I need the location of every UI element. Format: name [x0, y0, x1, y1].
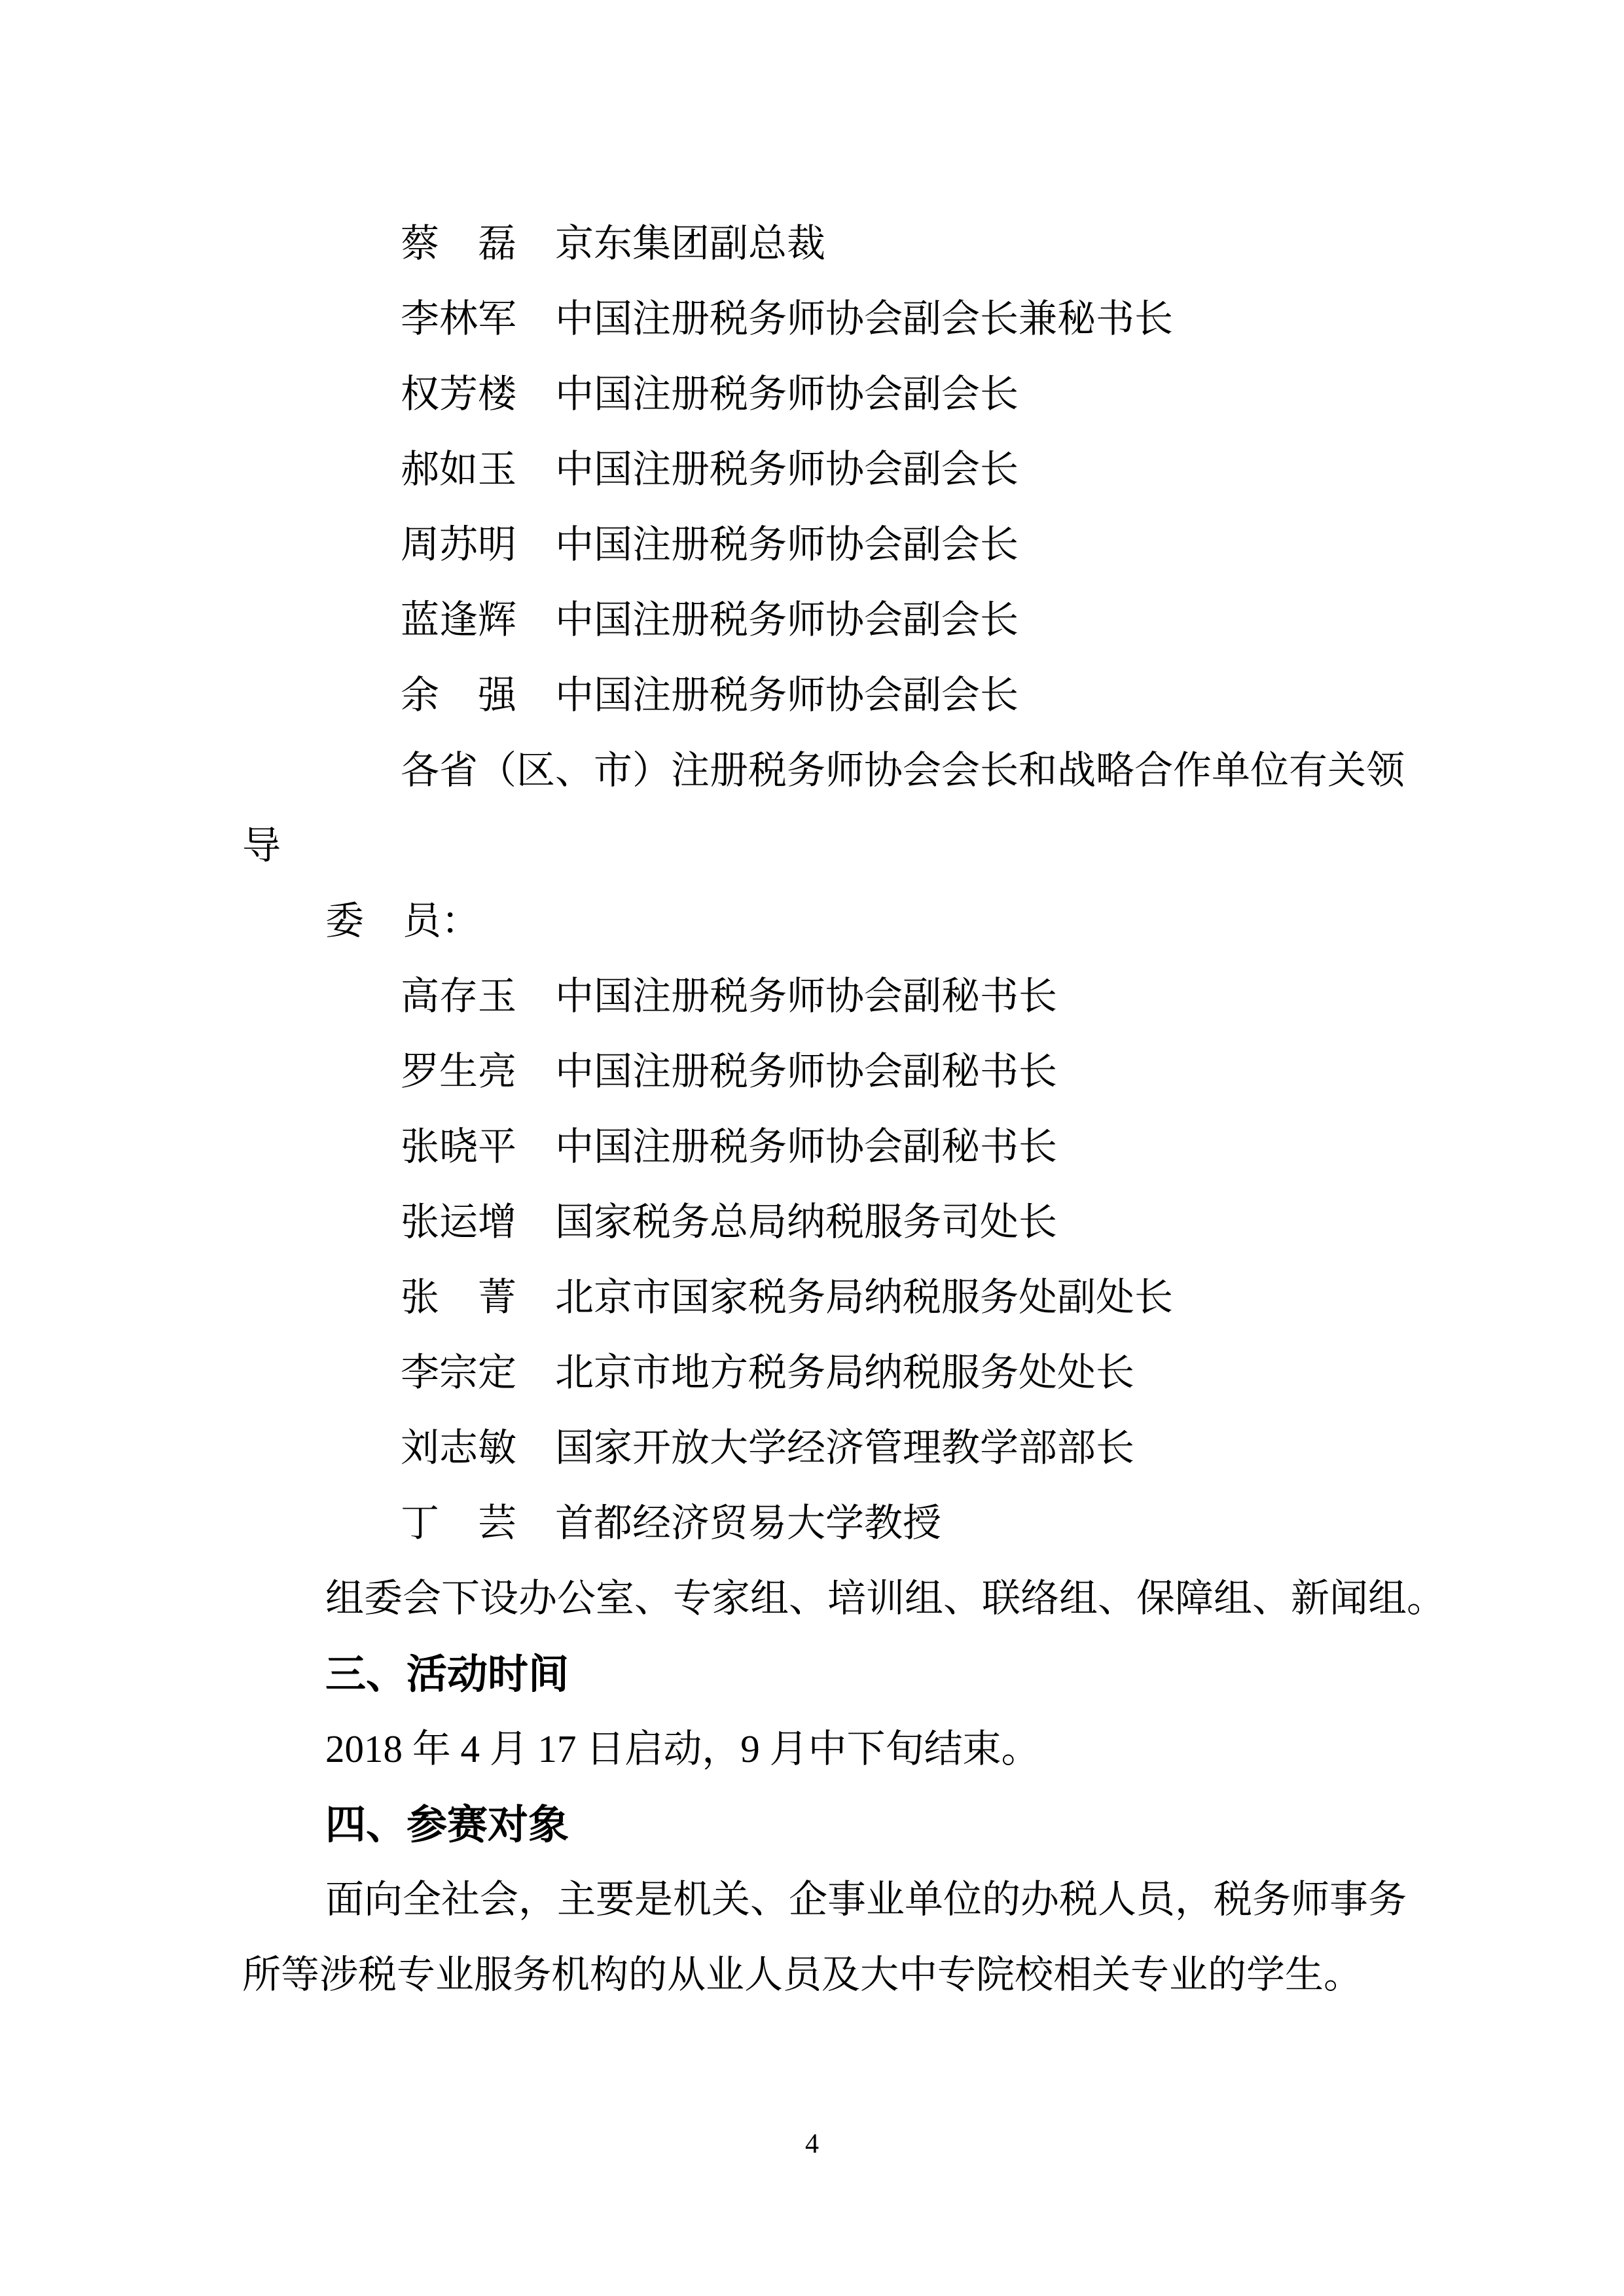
- roster-row: 郝如玉 中国注册税务师协会副会长: [0, 450, 1624, 496]
- member-title: 中国注册税务师协会副秘书长: [555, 977, 1057, 1016]
- paragraph-text: 组委会下设办公室、专家组、培训组、联络组、保障组、新闻组。: [325, 1579, 1445, 1618]
- members-label: 委 员：: [325, 902, 480, 941]
- provincial-leaders-line: 各省（区、市）注册税务师协会会长和战略合作单位有关领: [0, 751, 1624, 797]
- member-title: 中国注册税务师协会副会长: [555, 526, 1019, 564]
- roster-row: 李宗定 北京市地方税务局纳税服务处处长: [0, 1354, 1624, 1399]
- paragraph-text: 2018 年 4 月 17 日启动，9 月中下旬结束。: [325, 1730, 1040, 1768]
- roster-row: 权芳楼 中国注册税务师协会副会长: [0, 375, 1624, 421]
- roster-row: 张 菁 北京市国家税务局纳税服务处副处长: [0, 1278, 1624, 1324]
- provincial-leaders-wrap: 导: [0, 827, 1624, 872]
- member-title: 中国注册税务师协会副会长: [555, 601, 1019, 639]
- member-title: 国家开放大学经济管理教学部部长: [555, 1429, 1134, 1467]
- roster-row: 蓝逢辉 中国注册税务师协会副会长: [0, 601, 1624, 647]
- section-heading-time: 三、活动时间: [0, 1655, 1624, 1700]
- roster-row: 周苏明 中国注册税务师协会副会长: [0, 526, 1624, 571]
- member-title: 中国注册税务师协会副会长兼秘书长: [555, 300, 1173, 338]
- roster-row: 丁 芸 首都经济贸易大学教授: [0, 1504, 1624, 1550]
- roster-row: 罗生亮 中国注册税务师协会副秘书长: [0, 1052, 1624, 1098]
- member-title: 中国注册税务师协会副会长: [555, 450, 1019, 489]
- member-name: 周苏明: [401, 526, 516, 564]
- paragraph-text: 面向全社会，主要是机关、企事业单位的办税人员，税务师事务: [325, 1880, 1407, 1919]
- paragraph-text: 所等涉税专业服务机构的从业人员及大中专院校相关专业的学生。: [242, 1956, 1362, 1994]
- roster-row: 余 强 中国注册税务师协会副会长: [0, 676, 1624, 722]
- paragraph-text: 各省（区、市）注册税务师协会会长和战略合作单位有关领: [401, 751, 1405, 790]
- section-heading-participants: 四、参赛对象: [0, 1805, 1624, 1851]
- page-number: 4: [0, 2130, 1624, 2158]
- paragraph-text: 导: [242, 827, 281, 865]
- roster-row: 张运增 国家税务总局纳税服务司处长: [0, 1203, 1624, 1249]
- member-name: 余 强: [401, 676, 516, 715]
- member-title: 首都经济贸易大学教授: [555, 1504, 941, 1543]
- member-name: 刘志敏: [401, 1429, 516, 1467]
- member-title: 中国注册税务师协会副会长: [555, 676, 1019, 715]
- roster-row: 蔡 磊 京东集团副总裁: [0, 224, 1624, 270]
- members-label-row: 委 员：: [0, 902, 1624, 948]
- member-name: 李宗定: [401, 1354, 516, 1392]
- member-name: 罗生亮: [401, 1052, 516, 1091]
- section-time-body: 2018 年 4 月 17 日启动，9 月中下旬结束。: [0, 1730, 1624, 1776]
- member-title: 国家税务总局纳税服务司处长: [555, 1203, 1057, 1242]
- member-name: 李林军: [401, 300, 516, 338]
- roster-row: 高存玉 中国注册税务师协会副秘书长: [0, 977, 1624, 1023]
- member-title: 中国注册税务师协会副会长: [555, 375, 1019, 414]
- member-name: 郝如玉: [401, 450, 516, 489]
- member-title: 京东集团副总裁: [555, 224, 825, 263]
- roster-row: 刘志敏 国家开放大学经济管理教学部部长: [0, 1429, 1624, 1475]
- org-note-row: 组委会下设办公室、专家组、培训组、联络组、保障组、新闻组。: [0, 1579, 1624, 1625]
- member-name: 张 菁: [401, 1278, 516, 1317]
- roster-row: 张晓平 中国注册税务师协会副秘书长: [0, 1128, 1624, 1174]
- member-name: 张晓平: [401, 1128, 516, 1166]
- member-title: 中国注册税务师协会副秘书长: [555, 1052, 1057, 1091]
- member-name: 蓝逢辉: [401, 601, 516, 639]
- member-name: 丁 芸: [401, 1504, 516, 1543]
- document-page: 蔡 磊 京东集团副总裁 李林军 中国注册税务师协会副会长兼秘书长 权芳楼 中国注…: [0, 0, 1624, 2296]
- member-title: 北京市地方税务局纳税服务处处长: [555, 1354, 1134, 1392]
- section-participants-body-wrap: 所等涉税专业服务机构的从业人员及大中专院校相关专业的学生。: [0, 1956, 1624, 2001]
- member-name: 高存玉: [401, 977, 516, 1016]
- section-heading-text: 四、参赛对象: [325, 1805, 569, 1846]
- member-name: 权芳楼: [401, 375, 516, 414]
- section-heading-text: 三、活动时间: [325, 1655, 569, 1695]
- member-title: 北京市国家税务局纳税服务处副处长: [555, 1278, 1173, 1317]
- roster-row: 李林军 中国注册税务师协会副会长兼秘书长: [0, 300, 1624, 346]
- member-title: 中国注册税务师协会副秘书长: [555, 1128, 1057, 1166]
- member-name: 张运增: [401, 1203, 516, 1242]
- section-participants-body-line: 面向全社会，主要是机关、企事业单位的办税人员，税务师事务: [0, 1880, 1624, 1926]
- member-name: 蔡 磊: [401, 224, 516, 263]
